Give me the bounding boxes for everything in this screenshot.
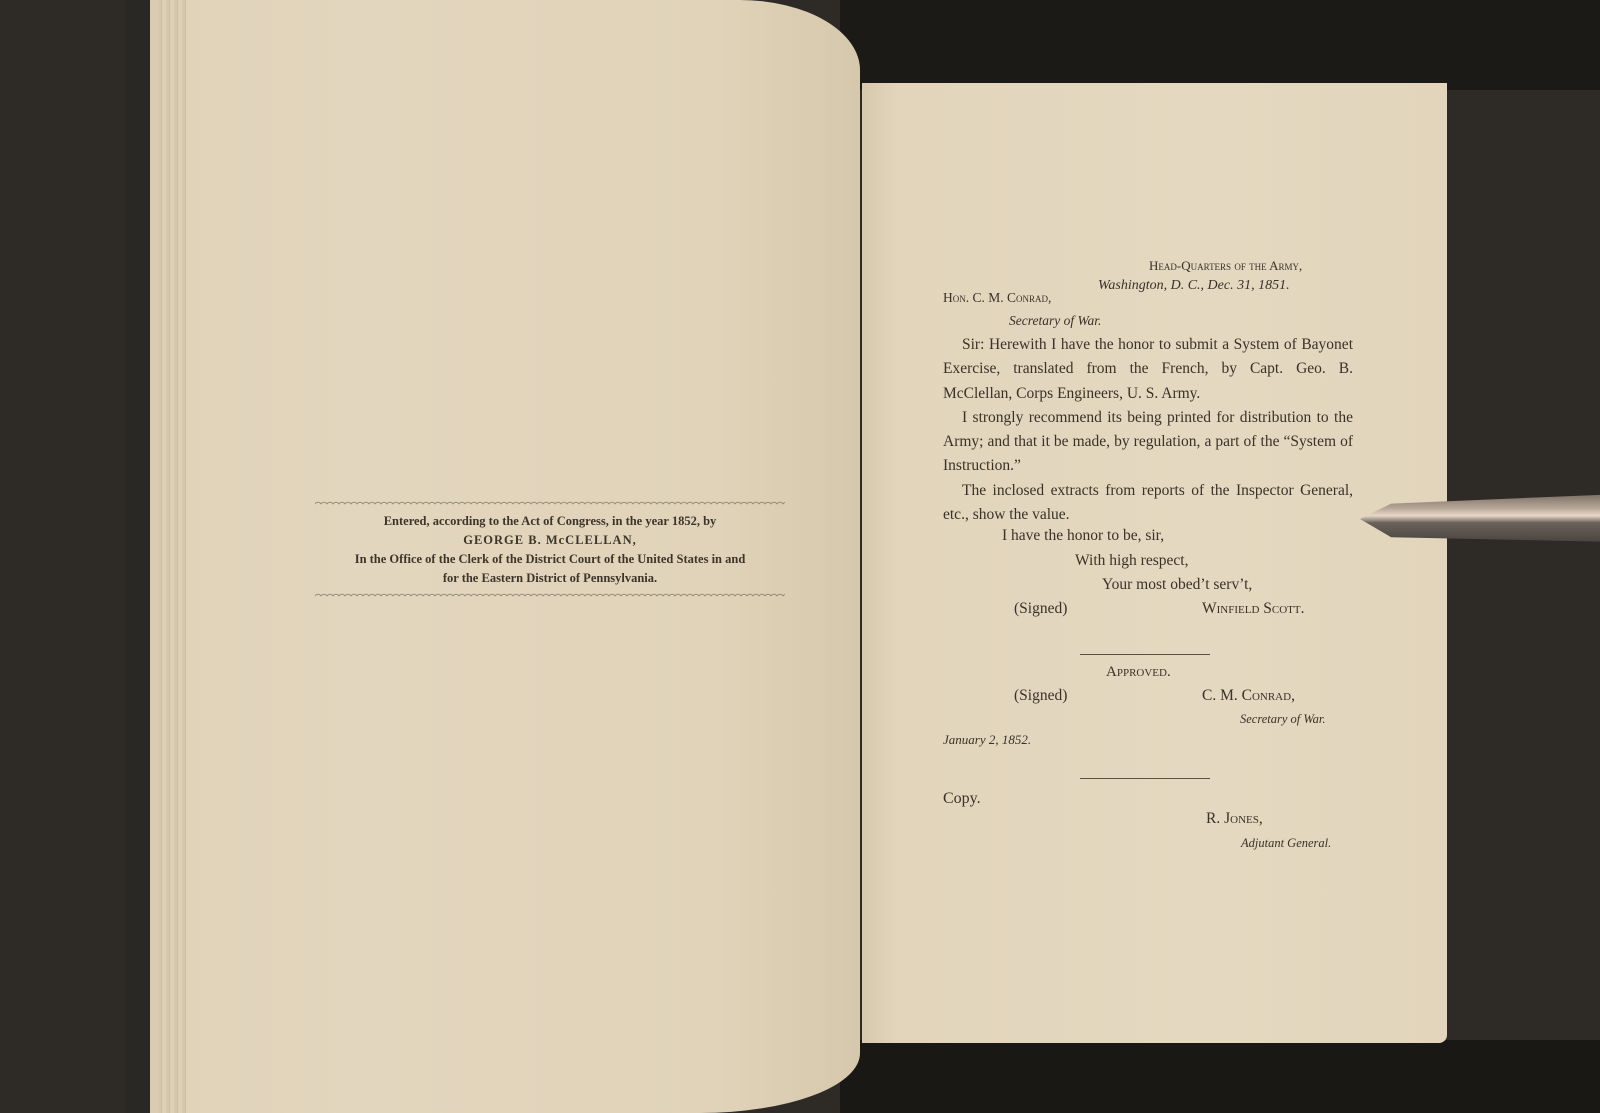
signer-scott: Winfield Scott. [1202,600,1305,618]
background [840,0,1600,90]
letter-body: Sir: Herewith I have the honor to submit… [943,333,1353,527]
horizontal-rule [1080,654,1210,655]
horizontal-rule [1080,778,1210,779]
letter-place-date: Washington, D. C., Dec. 31, 1851. [1098,278,1290,294]
signer-jones: R. Jones, [1206,810,1263,828]
closing-line-1: I have the honor to be, sir, [1002,527,1164,545]
signed-label: (Signed) [1014,600,1067,618]
paragraph: Sir: Herewith I have the honor to submit… [943,333,1353,406]
wavy-rule-bottom [315,592,785,598]
copyright-line-3: In the Office of the Clerk of the Distri… [315,550,785,569]
page-edges [158,0,186,1113]
copyright-notice: Entered, according to the Act of Congres… [315,500,785,598]
copyright-line-1: Entered, according to the Act of Congres… [315,512,785,531]
approval-date: January 2, 1852. [943,732,1031,748]
signer-jones-title: Adjutant General. [1241,836,1331,851]
signed-label: (Signed) [1014,687,1067,705]
wavy-rule-top [315,500,785,506]
signer-conrad: C. M. Conrad, [1202,687,1295,705]
background [840,1040,1600,1113]
approved-heading: Approved. [1106,664,1171,681]
letter-heading: Head-Quarters of the Army, [1149,258,1302,274]
copyright-author: GEORGE B. McCLELLAN, [315,531,785,550]
addressee-title: Secretary of War. [1009,313,1101,329]
signer-conrad-title: Secretary of War. [1240,712,1326,727]
paragraph: I strongly recommend its being printed f… [943,406,1353,479]
copyright-line-4: for the Eastern District of Pennsylvania… [315,569,785,588]
addressee-name: Hon. C. M. Conrad, [943,290,1051,306]
copy-label: Copy. [943,790,981,808]
closing-line-3: Your most obed’t serv’t, [1102,576,1252,594]
paragraph: The inclosed extracts from reports of th… [943,479,1353,528]
closing-line-2: With high respect, [1075,552,1188,570]
